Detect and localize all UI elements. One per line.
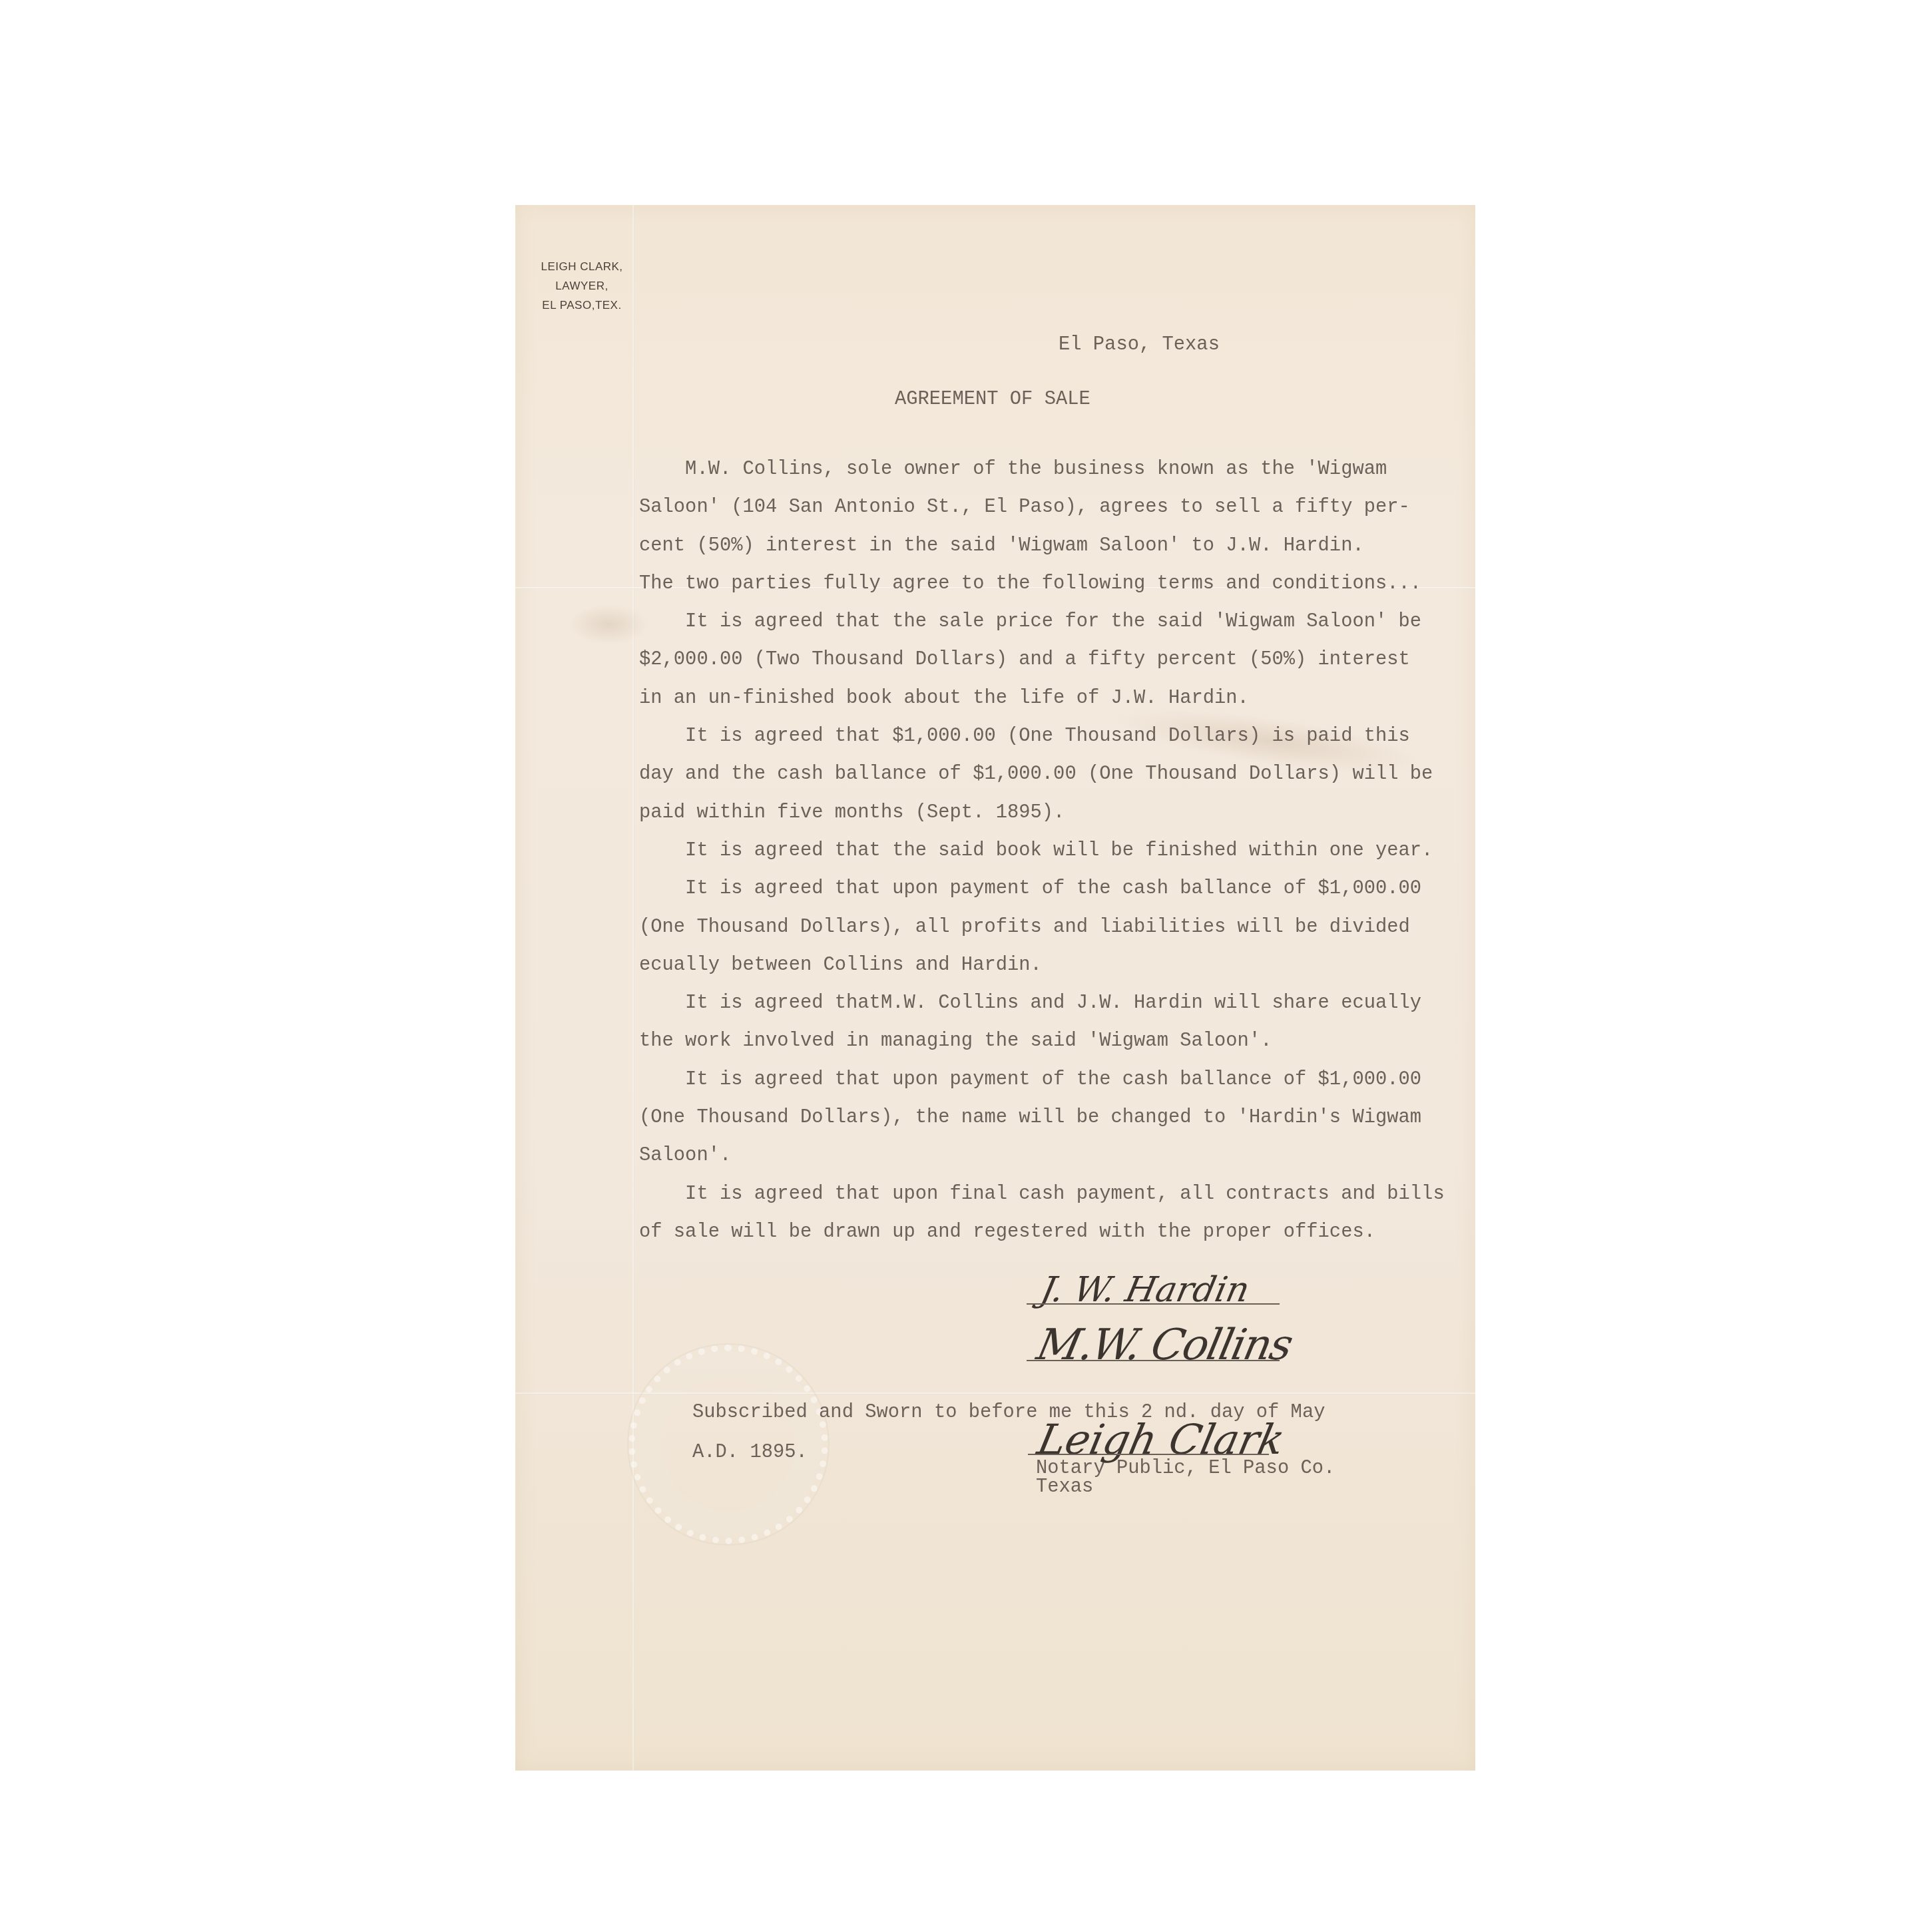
body-line: It is agreed that $1,000.00 (One Thousan… bbox=[639, 717, 1445, 755]
body-line: paid within five months (Sept. 1895). bbox=[639, 793, 1445, 831]
body-line: ecually between Collins and Hardin. bbox=[639, 946, 1445, 984]
body-line: day and the cash ballance of $1,000.00 (… bbox=[639, 755, 1445, 793]
body-line: Saloon'. bbox=[639, 1136, 1445, 1174]
notary-state: Texas bbox=[1036, 1478, 1093, 1497]
sworn-date: A.D. 1895. bbox=[692, 1443, 808, 1462]
signature-line-notary bbox=[1028, 1454, 1269, 1455]
body-line: cent (50%) interest in the said 'Wigwam … bbox=[639, 527, 1445, 564]
letterhead-name: LEIGH CLARK, bbox=[529, 257, 635, 276]
vertical-fold-crease bbox=[632, 205, 634, 1771]
body-line: the work involved in managing the said '… bbox=[639, 1022, 1445, 1060]
body-line: (One Thousand Dollars), the name will be… bbox=[639, 1098, 1445, 1136]
document-page: LEIGH CLARK, LAWYER, EL PASO,TEX. El Pas… bbox=[515, 205, 1475, 1771]
document-title: AGREEMENT OF SALE bbox=[895, 390, 1090, 409]
place-heading: El Paso, Texas bbox=[1059, 335, 1220, 355]
body-line: in an un-finished book about the life of… bbox=[639, 679, 1445, 717]
agreement-body: M.W. Collins, sole owner of the business… bbox=[639, 450, 1445, 1251]
letterhead-profession: LAWYER, bbox=[529, 276, 635, 296]
signature-line-collins bbox=[1027, 1360, 1280, 1361]
body-line: It is agreed that upon final cash paymen… bbox=[639, 1175, 1445, 1213]
body-line: The two parties fully agree to the follo… bbox=[639, 564, 1445, 602]
body-line: M.W. Collins, sole owner of the business… bbox=[639, 450, 1445, 488]
body-line: It is agreed thatM.W. Collins and J.W. H… bbox=[639, 984, 1445, 1022]
body-line: It is agreed that upon payment of the ca… bbox=[639, 1060, 1445, 1098]
letterhead: LEIGH CLARK, LAWYER, EL PASO,TEX. bbox=[529, 257, 635, 315]
body-line: of sale will be drawn up and regestered … bbox=[639, 1213, 1445, 1251]
body-line: It is agreed that the sale price for the… bbox=[639, 602, 1445, 640]
letterhead-location: EL PASO,TEX. bbox=[529, 296, 635, 315]
signature-line-hardin bbox=[1027, 1303, 1280, 1305]
body-line: $2,000.00 (Two Thousand Dollars) and a f… bbox=[639, 640, 1445, 678]
body-line: (One Thousand Dollars), all profits and … bbox=[639, 908, 1445, 946]
signature-collins: M.W. Collins bbox=[1033, 1321, 1296, 1370]
paper-stain bbox=[569, 604, 648, 644]
body-line: Saloon' (104 San Antonio St., El Paso), … bbox=[639, 488, 1445, 526]
body-line: It is agreed that upon payment of the ca… bbox=[639, 869, 1445, 907]
body-line: It is agreed that the said book will be … bbox=[639, 831, 1445, 869]
